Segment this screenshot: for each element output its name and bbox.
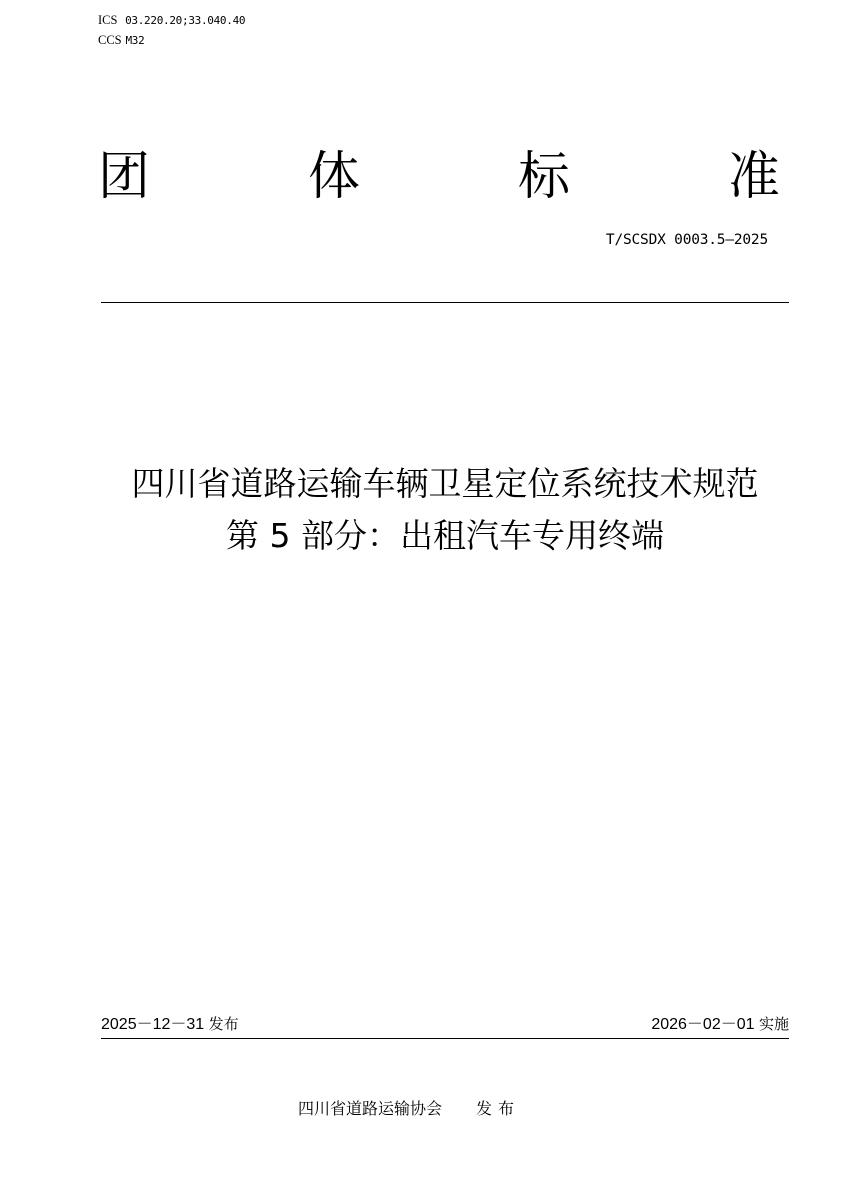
issue-date-value: 2025－12－31 (101, 1016, 204, 1033)
issue-label: 发布 (209, 1015, 239, 1033)
ics-value: 03.220.20;33.040.40 (125, 14, 245, 27)
standard-type-heading: 团 体 标 准 (98, 146, 780, 208)
ccs-label: CCS (98, 33, 122, 47)
document-title-part: 第 5 部分：出租汽车专用终端 (0, 516, 850, 556)
standard-type-char: 体 (308, 146, 360, 208)
ccs-classification: CCS M32 (98, 33, 144, 48)
top-divider (101, 302, 789, 303)
bottom-divider (101, 1038, 789, 1039)
implementation-date: 2026－02－01 实施 (651, 1014, 789, 1035)
issue-date: 2025－12－31 发布 (101, 1014, 239, 1035)
standard-type-char: 准 (728, 146, 780, 208)
ccs-value: M32 (125, 34, 144, 47)
ics-classification: ICS 03.220.20;33.040.40 (98, 13, 245, 28)
ics-label: ICS (98, 13, 117, 27)
standard-number: T/SCSDX 0003.5—2025 (606, 232, 768, 248)
implementation-label: 实施 (759, 1015, 789, 1033)
publisher-line: 四川省道路运输协会发布 (298, 1099, 520, 1119)
publisher-name: 四川省道路运输协会 (298, 1099, 442, 1118)
implementation-date-value: 2026－02－01 (651, 1016, 754, 1033)
standard-type-char: 团 (98, 146, 150, 208)
publisher-issued-label: 发布 (476, 1099, 520, 1118)
standard-type-char: 标 (518, 146, 570, 208)
document-title-main: 四川省道路运输车辆卫星定位系统技术规范 (0, 464, 850, 504)
